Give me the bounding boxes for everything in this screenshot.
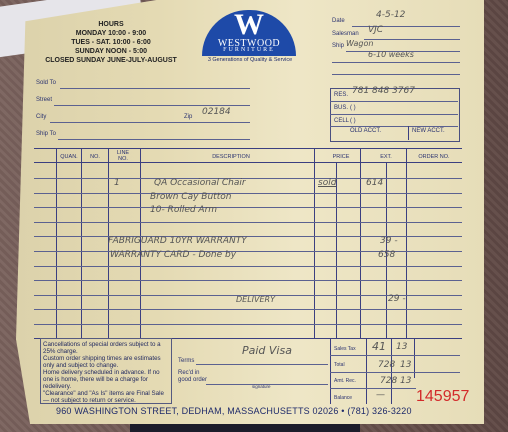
terms-line: "Clearance" and "As Is" items are Final … [43,390,169,404]
store-tagline: 3 Generations of Quality & Service [198,57,302,63]
total-label: Total [334,362,345,368]
balance-value: — [376,390,385,400]
hours-line: CLOSED SUNDAY JUNE-JULY-AUGUST [36,56,186,65]
city-label: City [36,114,46,120]
date-label: Date [332,18,345,24]
terms-conditions: Cancellations of special orders subject … [40,338,172,404]
bus-value: ( ) [350,105,356,111]
total-cents: 13 [400,360,411,370]
sales-tax-cents: 13 [396,342,407,352]
received-label: Rec'd in good order [178,370,208,384]
sales-tax-label: Sales Tax [334,346,356,352]
logo-w-icon: W [202,8,296,42]
salesman-label: Salesman [332,31,359,37]
row-price: sold [318,178,336,188]
row-desc: WARRANTY CARD - Done by [110,250,236,260]
col-no: NO. [84,154,106,160]
ship-value-2: 6-10 weeks [368,50,414,59]
row-ext: 658 [378,250,395,260]
amt-rec-dollars: 728 [380,376,397,386]
total-dollars: 728 [378,360,395,370]
col-line-no: LINE NO. [112,150,134,162]
sold-to-label: Sold To [36,80,56,86]
cell-value: ( ) [350,118,356,124]
ship-to-label: Ship To [36,131,56,137]
row-quan: 1 [114,178,120,188]
street-label: Street [36,97,52,103]
row-ext: 29 - [388,294,406,304]
zip-value: 02184 [202,107,231,117]
receipt: HOURS MONDAY 10:00 - 9:00 TUES - SAT. 10… [16,0,484,424]
res-value: 781 848 3767 [352,86,415,96]
new-acct-label: NEW ACCT. [412,128,445,134]
terms-line: Home delivery scheduled in advance. If n… [43,369,169,390]
col-ext: EXT. [366,154,406,160]
col-description: DESCRIPTION [146,154,316,160]
col-order-no: ORDER NO. [406,154,462,160]
zip-label: Zip [184,114,192,120]
logo-subname: FURNITURE [202,47,296,53]
bus-label: BUS. [334,105,348,111]
row-desc: DELIVERY [236,295,275,304]
terms-line: Cancellations of special orders subject … [43,341,169,355]
amt-rec-cents: 13 [400,376,411,386]
terms-value: Paid Visa [242,344,292,357]
row-desc: QA Occasional Chair [154,178,246,188]
row-ext: 39 - [380,236,398,246]
terms-label: Terms [178,358,194,364]
hours-line: SUNDAY NOON - 5:00 [36,47,186,56]
row-desc: 10- Rolled Arm [150,205,217,215]
old-acct-label: OLD ACCT. [350,128,381,134]
salesman-value: VJC [368,25,383,35]
terms-line: Custom order shipping times are estimate… [43,355,169,369]
hours-title: HOURS [36,20,186,29]
cell-label: CELL [334,118,349,124]
row-desc: Brown Cay Button [150,192,231,202]
store-address: 960 WASHINGTON STREET, DEDHAM, MASSACHUS… [56,406,476,416]
balance-label: Balance [334,395,352,401]
res-label: RES. [334,92,348,98]
hours-line: TUES - SAT. 10:00 - 6:00 [36,38,186,47]
amt-rec-label: Amt. Rec. [334,378,356,384]
col-price: PRICE [316,154,366,160]
serial-number: 145957 [416,388,469,406]
hours-line: MONDAY 10:00 - 9:00 [36,29,186,38]
col-quan: QUAN. [58,154,80,160]
row-ext: 614 [366,178,383,188]
dark-object [130,424,360,432]
ship-value: Wagon [346,39,373,48]
signature-label: signature [252,384,271,389]
store-logo: W WESTWOOD FURNITURE [202,10,296,56]
row-desc: FABRIGUARD 10YR WARRANTY [108,236,247,246]
sales-tax-dollars: 41 [372,340,386,353]
ship-label: Ship [332,43,344,49]
date-value: 4-5-12 [376,10,405,20]
store-hours: HOURS MONDAY 10:00 - 9:00 TUES - SAT. 10… [36,20,186,65]
